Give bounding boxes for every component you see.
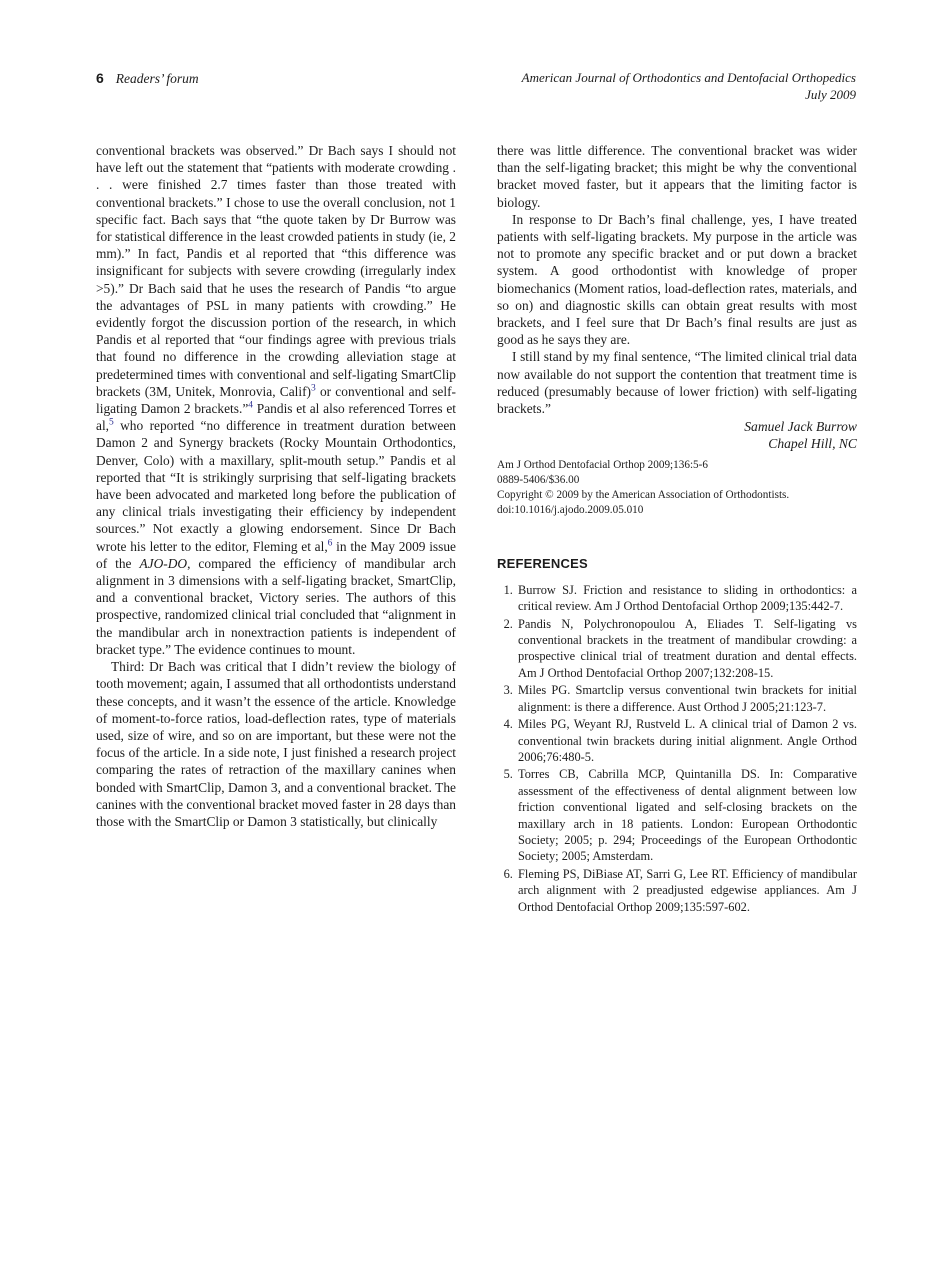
right-column: there was little difference. The convent…: [497, 142, 857, 916]
reference-item: Torres CB, Cabrilla MCP, Quintanilla DS.…: [516, 766, 857, 864]
paragraph-reply-continuation: conventional brackets was observed.” Dr …: [96, 142, 456, 658]
page-number: 6: [96, 70, 104, 86]
footnote-copyright: Copyright © 2009 by the American Associa…: [497, 488, 857, 503]
text-segment: who reported “no difference in treatment…: [96, 418, 456, 553]
paragraph-third-point: Third: Dr Bach was critical that I didn’…: [96, 658, 456, 830]
article-footnote: Am J Orthod Dentofacial Orthop 2009;136:…: [497, 458, 857, 518]
reference-item: Miles PG, Weyant RJ, Rustveld L. A clini…: [516, 716, 857, 765]
page-header: 6Readers’ forum American Journal of Orth…: [96, 70, 856, 103]
footnote-doi: doi:10.1016/j.ajodo.2009.05.010: [497, 503, 857, 518]
section-title: Readers’ forum: [116, 71, 199, 86]
running-head-right: American Journal of Orthodontics and Den…: [522, 70, 856, 103]
journal-title: American Journal of Orthodontics and Den…: [522, 70, 856, 87]
footnote-issn: 0889-5406/$36.00: [497, 473, 857, 488]
left-column: conventional brackets was observed.” Dr …: [96, 142, 456, 830]
reference-item: Burrow SJ. Friction and resistance to sl…: [516, 582, 857, 615]
reference-item: Fleming PS, DiBiase AT, Sarri G, Lee RT.…: [516, 866, 857, 915]
text-segment: , compared the efficiency of mandibular …: [96, 556, 456, 657]
footnote-citation: Am J Orthod Dentofacial Orthop 2009;136:…: [497, 458, 857, 473]
author-name: Samuel Jack Burrow: [497, 418, 857, 435]
references-heading: REFERENCES: [497, 555, 857, 572]
paragraph-continuation: there was little difference. The convent…: [497, 142, 857, 211]
running-head-left: 6Readers’ forum: [96, 70, 199, 87]
journal-page: 6Readers’ forum American Journal of Orth…: [0, 0, 950, 1272]
text-segment: conventional brackets was observed.” Dr …: [96, 143, 456, 399]
reference-item: Pandis N, Polychronopoulou A, Eliades T.…: [516, 616, 857, 682]
signature-block: Samuel Jack Burrow Chapel Hill, NC: [497, 418, 857, 452]
issue-date: July 2009: [522, 87, 856, 104]
references-list: Burrow SJ. Friction and resistance to sl…: [497, 582, 857, 915]
paragraph-closing: I still stand by my final sentence, “The…: [497, 348, 857, 417]
author-location: Chapel Hill, NC: [497, 435, 857, 452]
paragraph-response: In response to Dr Bach’s final challenge…: [497, 211, 857, 349]
journal-abbreviation: AJO-DO: [140, 556, 188, 571]
reference-item: Miles PG. Smartclip versus conventional …: [516, 682, 857, 715]
